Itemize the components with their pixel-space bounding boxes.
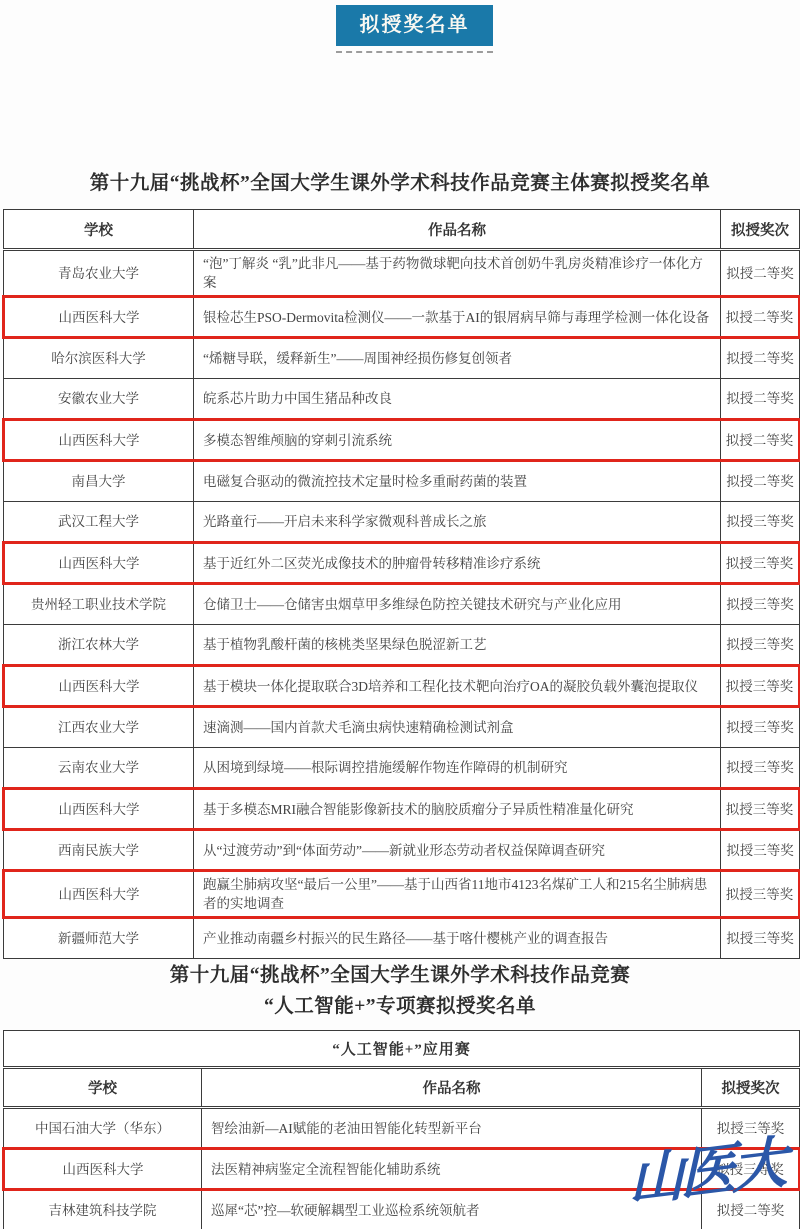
ai-section-header-row: “人工智能+”应用赛 [4, 1031, 800, 1068]
school-cell: 山西医科大学 [4, 1149, 202, 1190]
table-row: 云南农业大学 从困境到绿境——根际调控措施缓解作物连作障碍的机制研究 拟授三等奖 [4, 748, 800, 789]
award-level-cell: 拟授三等奖 [721, 871, 800, 918]
school-cell: 中国石油大学（华东） [4, 1108, 202, 1149]
work-title-cell: 基于多模态MRI融合智能影像新技术的脑胶质瘤分子异质性精准量化研究 [194, 789, 721, 830]
school-cell: 新疆师范大学 [4, 918, 194, 959]
work-title-cell: 从“过渡劳动”到“体面劳动”——新就业形态劳动者权益保障调查研究 [194, 830, 721, 871]
school-cell: 山西医科大学 [4, 297, 194, 338]
main-competition-title: 第十九届“挑战杯”全国大学生课外学术科技作品竞赛主体赛拟授奖名单 [0, 168, 800, 199]
column-header-school: 学校 [4, 1068, 202, 1108]
table-row: 青岛农业大学 “泡”丁解炎 “乳”此非凡——基于药物微球靶向技术首创奶牛乳房炎精… [4, 250, 800, 297]
school-cell: 南昌大学 [4, 461, 194, 502]
work-title-cell: 基于模块一体化提取联合3D培养和工程化技术靶向治疗OA的凝胶负载外囊泡提取仪 [194, 666, 721, 707]
school-cell: 贵州轻工职业技术学院 [4, 584, 194, 625]
main-award-table: 学校 作品名称 拟授奖次 青岛农业大学 “泡”丁解炎 “乳”此非凡——基于药物微… [2, 209, 800, 959]
school-cell: 山西医科大学 [4, 543, 194, 584]
award-level-cell: 拟授三等奖 [702, 1149, 800, 1190]
award-level-cell: 拟授三等奖 [721, 584, 800, 625]
table-row: 山西医科大学 基于模块一体化提取联合3D培养和工程化技术靶向治疗OA的凝胶负载外… [4, 666, 800, 707]
school-cell: 山西医科大学 [4, 871, 194, 918]
table-row: 武汉工程大学 光路童行——开启未来科学家微观科普成长之旅 拟授三等奖 [4, 502, 800, 543]
award-level-cell: 拟授二等奖 [721, 461, 800, 502]
school-cell: 江西农业大学 [4, 707, 194, 748]
table-row: 江西农业大学 速滴测——国内首款犬毛滴虫病快速精确检测试剂盒 拟授三等奖 [4, 707, 800, 748]
award-announcement-page: { "badge": { "label": "拟授奖名单" }, "colors… [0, 0, 800, 1229]
award-level-cell: 拟授三等奖 [721, 918, 800, 959]
table-row: 山西医科大学 多模态智维颅脑的穿刺引流系统 拟授二等奖 [4, 420, 800, 461]
award-level-cell: 拟授三等奖 [721, 625, 800, 666]
work-title-cell: “泡”丁解炎 “乳”此非凡——基于药物微球靶向技术首创奶牛乳房炎精准诊疗一体化方… [194, 250, 721, 297]
work-title-cell: 仓储卫士——仓储害虫烟草甲多维绿色防控关键技术研究与产业化应用 [194, 584, 721, 625]
column-header-award: 拟授奖次 [702, 1068, 800, 1108]
ai-title-line1: 第十九届“挑战杯”全国大学生课外学术科技作品竞赛 [170, 965, 631, 986]
table-row: 浙江农林大学 基于植物乳酸杆菌的核桃类坚果绿色脱涩新工艺 拟授三等奖 [4, 625, 800, 666]
award-level-cell: 拟授三等奖 [721, 789, 800, 830]
table-row: 山西医科大学 基于多模态MRI融合智能影像新技术的脑胶质瘤分子异质性精准量化研究… [4, 789, 800, 830]
school-cell: 云南农业大学 [4, 748, 194, 789]
table-row: 山西医科大学 银检芯生PSO-Dermovita检测仪——一款基于AI的银屑病早… [4, 297, 800, 338]
school-cell: 哈尔滨医科大学 [4, 338, 194, 379]
work-title-cell: 电磁复合驱动的微流控技术定量时检多重耐药菌的装置 [194, 461, 721, 502]
main-table-header-row: 学校 作品名称 拟授奖次 [4, 210, 800, 250]
school-cell: 山西医科大学 [4, 666, 194, 707]
table-row: 安徽农业大学 皖系芯片助力中国生猪品种改良 拟授二等奖 [4, 379, 800, 420]
school-cell: 青岛农业大学 [4, 250, 194, 297]
ai-table-header-row: 学校 作品名称 拟授奖次 [4, 1068, 800, 1108]
ai-competition-title: 第十九届“挑战杯”全国大学生课外学术科技作品竞赛 “人工智能+”专项赛拟授奖名单 [0, 960, 800, 1022]
work-title-cell: 多模态智维颅脑的穿刺引流系统 [194, 420, 721, 461]
award-level-cell: 拟授二等奖 [721, 297, 800, 338]
school-cell: 西南民族大学 [4, 830, 194, 871]
award-level-cell: 拟授二等奖 [721, 338, 800, 379]
work-title-cell: 银检芯生PSO-Dermovita检测仪——一款基于AI的银屑病早筛与毒理学检测… [194, 297, 721, 338]
table-row: 哈尔滨医科大学 “烯糖导联，缓释新生”——周围神经损伤修复创领者 拟授二等奖 [4, 338, 800, 379]
award-level-cell: 拟授二等奖 [721, 379, 800, 420]
school-cell: 山西医科大学 [4, 789, 194, 830]
school-cell: 浙江农林大学 [4, 625, 194, 666]
column-header-school: 学校 [4, 210, 194, 250]
work-title-cell: 皖系芯片助力中国生猪品种改良 [194, 379, 721, 420]
work-title-cell: “烯糖导联，缓释新生”——周围神经损伤修复创领者 [194, 338, 721, 379]
school-cell: 吉林建筑科技学院 [4, 1190, 202, 1229]
school-cell: 山西医科大学 [4, 420, 194, 461]
work-title-cell: 光路童行——开启未来科学家微观科普成长之旅 [194, 502, 721, 543]
award-level-cell: 拟授三等奖 [721, 502, 800, 543]
work-title-cell: 基于植物乳酸杆菌的核桃类坚果绿色脱涩新工艺 [194, 625, 721, 666]
award-level-cell: 拟授三等奖 [721, 830, 800, 871]
ai-section-header: “人工智能+”应用赛 [4, 1031, 800, 1068]
award-level-cell: 拟授三等奖 [702, 1108, 800, 1149]
table-row: 山西医科大学 法医精神病鉴定全流程智能化辅助系统 拟授三等奖 [4, 1149, 800, 1190]
table-row: 新疆师范大学 产业推动南疆乡村振兴的民生路径——基于喀什樱桃产业的调查报告 拟授… [4, 918, 800, 959]
table-row: 吉林建筑科技学院 巡犀“芯”控—软硬解耦型工业巡检系统领航者 拟授二等奖 [4, 1190, 800, 1229]
work-title-cell: 智绘油新—AI赋能的老油田智能化转型新平台 [202, 1108, 702, 1149]
dashed-divider [336, 51, 493, 53]
column-header-work: 作品名称 [194, 210, 721, 250]
work-title-cell: 从困境到绿境——根际调控措施缓解作物连作障碍的机制研究 [194, 748, 721, 789]
table-row: 山西医科大学 跑赢尘肺病攻坚“最后一公里”——基于山西省11地市4123名煤矿工… [4, 871, 800, 918]
column-header-award: 拟授奖次 [721, 210, 800, 250]
award-level-cell: 拟授二等奖 [721, 250, 800, 297]
column-header-work: 作品名称 [202, 1068, 702, 1108]
school-cell: 武汉工程大学 [4, 502, 194, 543]
work-title-cell: 法医精神病鉴定全流程智能化辅助系统 [202, 1149, 702, 1190]
award-level-cell: 拟授二等奖 [702, 1190, 800, 1229]
table-row: 山西医科大学 基于近红外二区荧光成像技术的肿瘤骨转移精准诊疗系统 拟授三等奖 [4, 543, 800, 584]
award-level-cell: 拟授二等奖 [721, 420, 800, 461]
work-title-cell: 速滴测——国内首款犬毛滴虫病快速精确检测试剂盒 [194, 707, 721, 748]
work-title-cell: 产业推动南疆乡村振兴的民生路径——基于喀什樱桃产业的调查报告 [194, 918, 721, 959]
award-level-cell: 拟授三等奖 [721, 666, 800, 707]
award-level-cell: 拟授三等奖 [721, 543, 800, 584]
table-row: 贵州轻工职业技术学院 仓储卫士——仓储害虫烟草甲多维绿色防控关键技术研究与产业化… [4, 584, 800, 625]
work-title-cell: 跑赢尘肺病攻坚“最后一公里”——基于山西省11地市4123名煤矿工人和215名尘… [194, 871, 721, 918]
work-title-cell: 巡犀“芯”控—软硬解耦型工业巡检系统领航者 [202, 1190, 702, 1229]
work-title-cell: 基于近红外二区荧光成像技术的肿瘤骨转移精准诊疗系统 [194, 543, 721, 584]
table-row: 西南民族大学 从“过渡劳动”到“体面劳动”——新就业形态劳动者权益保障调查研究 … [4, 830, 800, 871]
ai-title-line2: “人工智能+”专项赛拟授奖名单 [264, 996, 536, 1017]
school-cell: 安徽农业大学 [4, 379, 194, 420]
ai-award-table: “人工智能+”应用赛 学校 作品名称 拟授奖次 中国石油大学（华东） 智绘油新—… [2, 1030, 800, 1229]
award-level-cell: 拟授三等奖 [721, 707, 800, 748]
table-row: 南昌大学 电磁复合驱动的微流控技术定量时检多重耐药菌的装置 拟授二等奖 [4, 461, 800, 502]
award-level-cell: 拟授三等奖 [721, 748, 800, 789]
award-list-badge: 拟授奖名单 [336, 5, 493, 46]
table-row: 中国石油大学（华东） 智绘油新—AI赋能的老油田智能化转型新平台 拟授三等奖 [4, 1108, 800, 1149]
